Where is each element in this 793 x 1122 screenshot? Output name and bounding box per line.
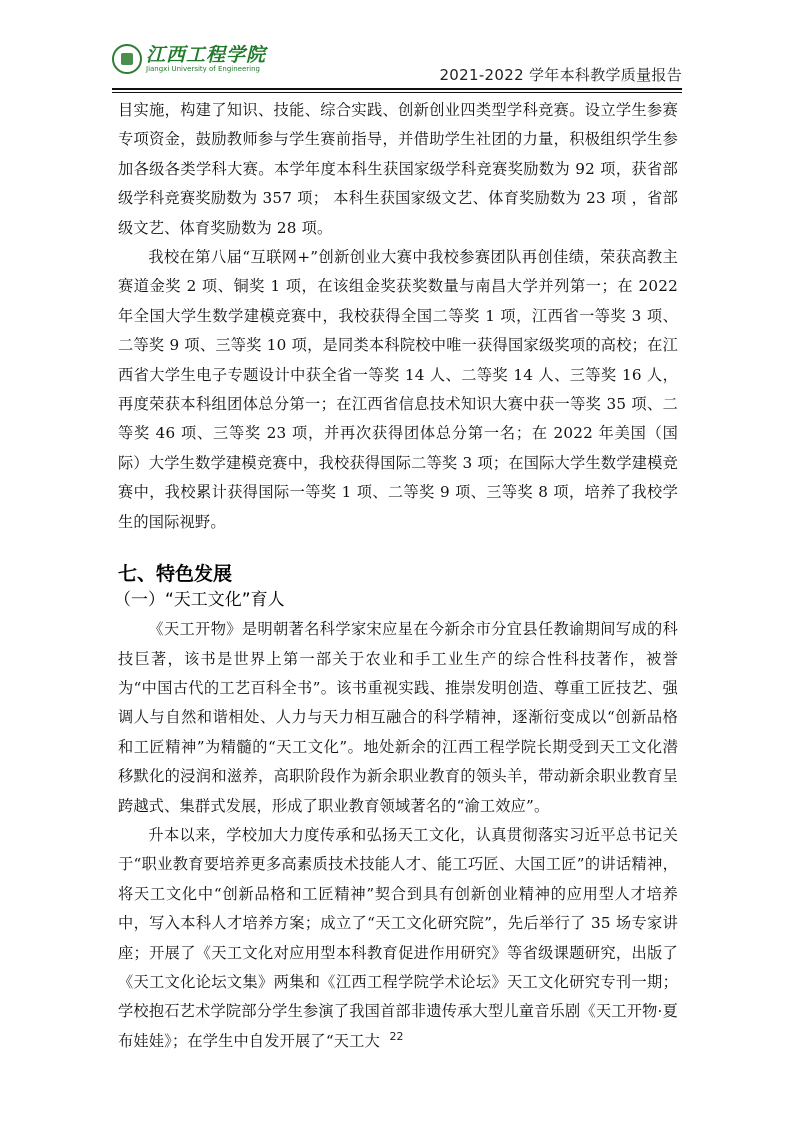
paragraph-competitions: 目实施，构建了知识、技能、综合实践、创新创业四类型学科竞赛。设立学生参赛专项资金… <box>118 96 678 243</box>
logo-english-name: Jiangxi University of Engineering <box>146 65 266 74</box>
logo-chinese-name: 江西工程学院 <box>146 45 266 65</box>
page-number: 22 <box>0 1030 793 1043</box>
page-header: 江西工程学院 Jiangxi University of Engineering… <box>112 42 682 92</box>
page-content: 目实施，构建了知识、技能、综合实践、创新创业四类型学科竞赛。设立学生参赛专项资金… <box>118 96 678 1056</box>
section-heading: 七、特色发展 <box>118 561 678 587</box>
subsection-heading: （一）“天工文化”育人 <box>114 587 678 613</box>
university-seal-icon <box>112 44 142 74</box>
university-logo: 江西工程学院 Jiangxi University of Engineering <box>112 44 266 74</box>
header-rule-thin <box>112 92 682 93</box>
report-title: 2021-2022 学年本科教学质量报告 <box>439 64 682 85</box>
paragraph-tiangong-culture: 升本以来，学校加大力度传承和弘扬天工文化，认真贯彻落实习近平总书记关于“职业教育… <box>118 821 678 1056</box>
paragraph-awards: 我校在第八届“互联网+”创新创业大赛中我校参赛团队再创佳绩，荣获高教主赛道金奖 … <box>118 243 678 537</box>
header-rule-thick <box>112 88 682 90</box>
logo-text: 江西工程学院 Jiangxi University of Engineering <box>146 45 266 74</box>
paragraph-tiangong-kaiwu: 《天工开物》是明朝著名科学家宋应星在今新余市分宜县任教谕期间写成的科技巨著，该书… <box>118 615 678 821</box>
